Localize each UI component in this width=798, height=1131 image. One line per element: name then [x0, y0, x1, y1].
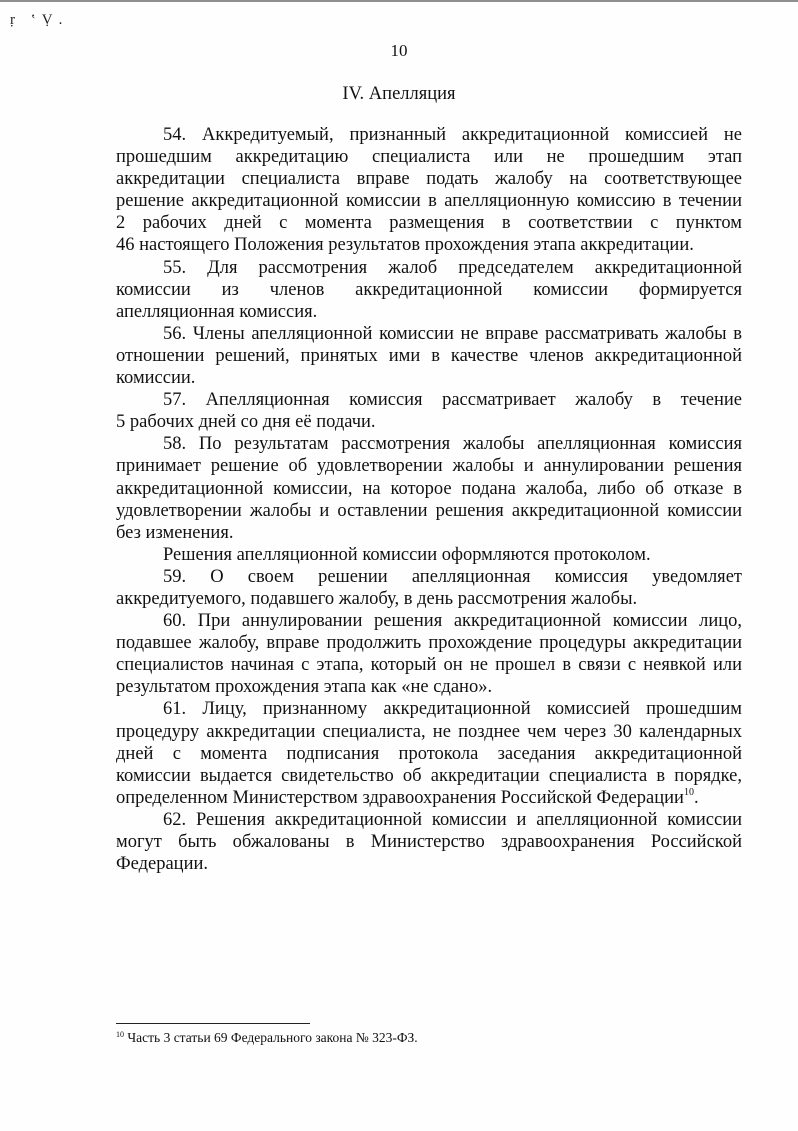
text-line: Решения апелляционной комиссии оформляют…: [116, 544, 742, 566]
text-line: подавшее жалобу, вправе продолжить прохо…: [116, 632, 742, 654]
paragraph-56: 56. Члены апелляционной комиссии не впра…: [116, 323, 742, 389]
text-line: 55. Для рассмотрения жалоб председателем…: [116, 257, 742, 279]
text-line: удовлетворении жалобы и оставлении решен…: [116, 500, 742, 522]
page-number: 10: [0, 41, 798, 61]
end-punctuation: .: [694, 788, 699, 808]
footnote: 10 Часть 3 статьи 69 Федерального закона…: [116, 1030, 418, 1046]
text-line: процедуру аккредитации специалиста, не п…: [116, 721, 742, 743]
text-line: принимает решение об удовлетворении жало…: [116, 455, 742, 477]
document-body: 54. Аккредитуемый, признанный аккредитац…: [116, 124, 742, 875]
text-line: специалистов начиная с этапа, который он…: [116, 654, 742, 676]
text-line: Федерации.: [116, 853, 742, 875]
paragraph-61: 61. Лицу, признанному аккредитационной к…: [116, 698, 742, 808]
text-line: комиссии.: [116, 367, 742, 389]
paragraph-59: 59. О своем решении апелляционная комисс…: [116, 566, 742, 610]
text-line: 57. Апелляционная комиссия рассматривает…: [116, 389, 742, 411]
paragraph-57: 57. Апелляционная комиссия рассматривает…: [116, 389, 742, 433]
text-line: 54. Аккредитуемый, признанный аккредитац…: [116, 124, 742, 146]
paragraph-55: 55. Для рассмотрения жалоб председателем…: [116, 257, 742, 323]
paragraph-62: 62. Решения аккредитационной комиссии и …: [116, 809, 742, 875]
text-line: комиссии выдается свидетельство об аккре…: [116, 765, 742, 787]
text-line: 60. При аннулировании решения аккредитац…: [116, 610, 742, 632]
paragraph-58b: Решения апелляционной комиссии оформляют…: [116, 544, 742, 566]
text-line: аккредитуемого, подавшего жалобу, в день…: [116, 588, 742, 610]
text-line: 59. О своем решении апелляционная комисс…: [116, 566, 742, 588]
paragraph-60: 60. При аннулировании решения аккредитац…: [116, 610, 742, 698]
text-line: без изменения.: [116, 522, 742, 544]
text-line: 5 рабочих дней со дня её подачи.: [116, 411, 742, 433]
text-line: результатом прохождения этапа как «не сд…: [116, 676, 742, 698]
text-line: аккредитации специалиста вправе подать ж…: [116, 168, 742, 190]
footnote-reference[interactable]: 10: [684, 787, 694, 798]
document-page: ṛ ‛Ṿ. 10 IV. Апелляция 54. Аккредитуемый…: [0, 0, 798, 1131]
paragraph-54: 54. Аккредитуемый, признанный аккредитац…: [116, 124, 742, 257]
text-line: дней с момента подписания протокола засе…: [116, 743, 742, 765]
scan-edge: [0, 0, 798, 2]
text-line: апелляционная комиссия.: [116, 301, 742, 323]
section-title: IV. Апелляция: [0, 84, 798, 105]
footnote-divider: [116, 1023, 310, 1024]
corner-marks: ṛ ‛Ṿ.: [10, 12, 68, 29]
text-line: отношении решений, принятых ими в качест…: [116, 345, 742, 367]
text-line: комиссии из членов аккредитационной коми…: [116, 279, 742, 301]
text-line: прошедшим аккредитацию специалиста или н…: [116, 146, 742, 168]
text-line: 56. Члены апелляционной комиссии не впра…: [116, 323, 742, 345]
text-line: 2 рабочих дней с момента размещения в со…: [116, 212, 742, 234]
text-line: определенном Министерством здравоохранен…: [116, 787, 742, 809]
paragraph-58: 58. По результатам рассмотрения жалобы а…: [116, 433, 742, 543]
text-line-content: определенном Министерством здравоохранен…: [116, 788, 684, 808]
footnote-text: Часть 3 статьи 69 Федерального закона № …: [127, 1030, 417, 1045]
text-line: 58. По результатам рассмотрения жалобы а…: [116, 433, 742, 455]
text-line: решение аккредитационной комиссии в апел…: [116, 190, 742, 212]
footnote-marker: 10: [116, 1030, 124, 1039]
text-line: 46 настоящего Положения результатов прох…: [116, 234, 742, 256]
text-line: могут быть обжалованы в Министерство здр…: [116, 831, 742, 853]
text-line: 61. Лицу, признанному аккредитационной к…: [116, 698, 742, 720]
text-line: аккредитационной комиссии, на которое по…: [116, 478, 742, 500]
text-line: 62. Решения аккредитационной комиссии и …: [116, 809, 742, 831]
